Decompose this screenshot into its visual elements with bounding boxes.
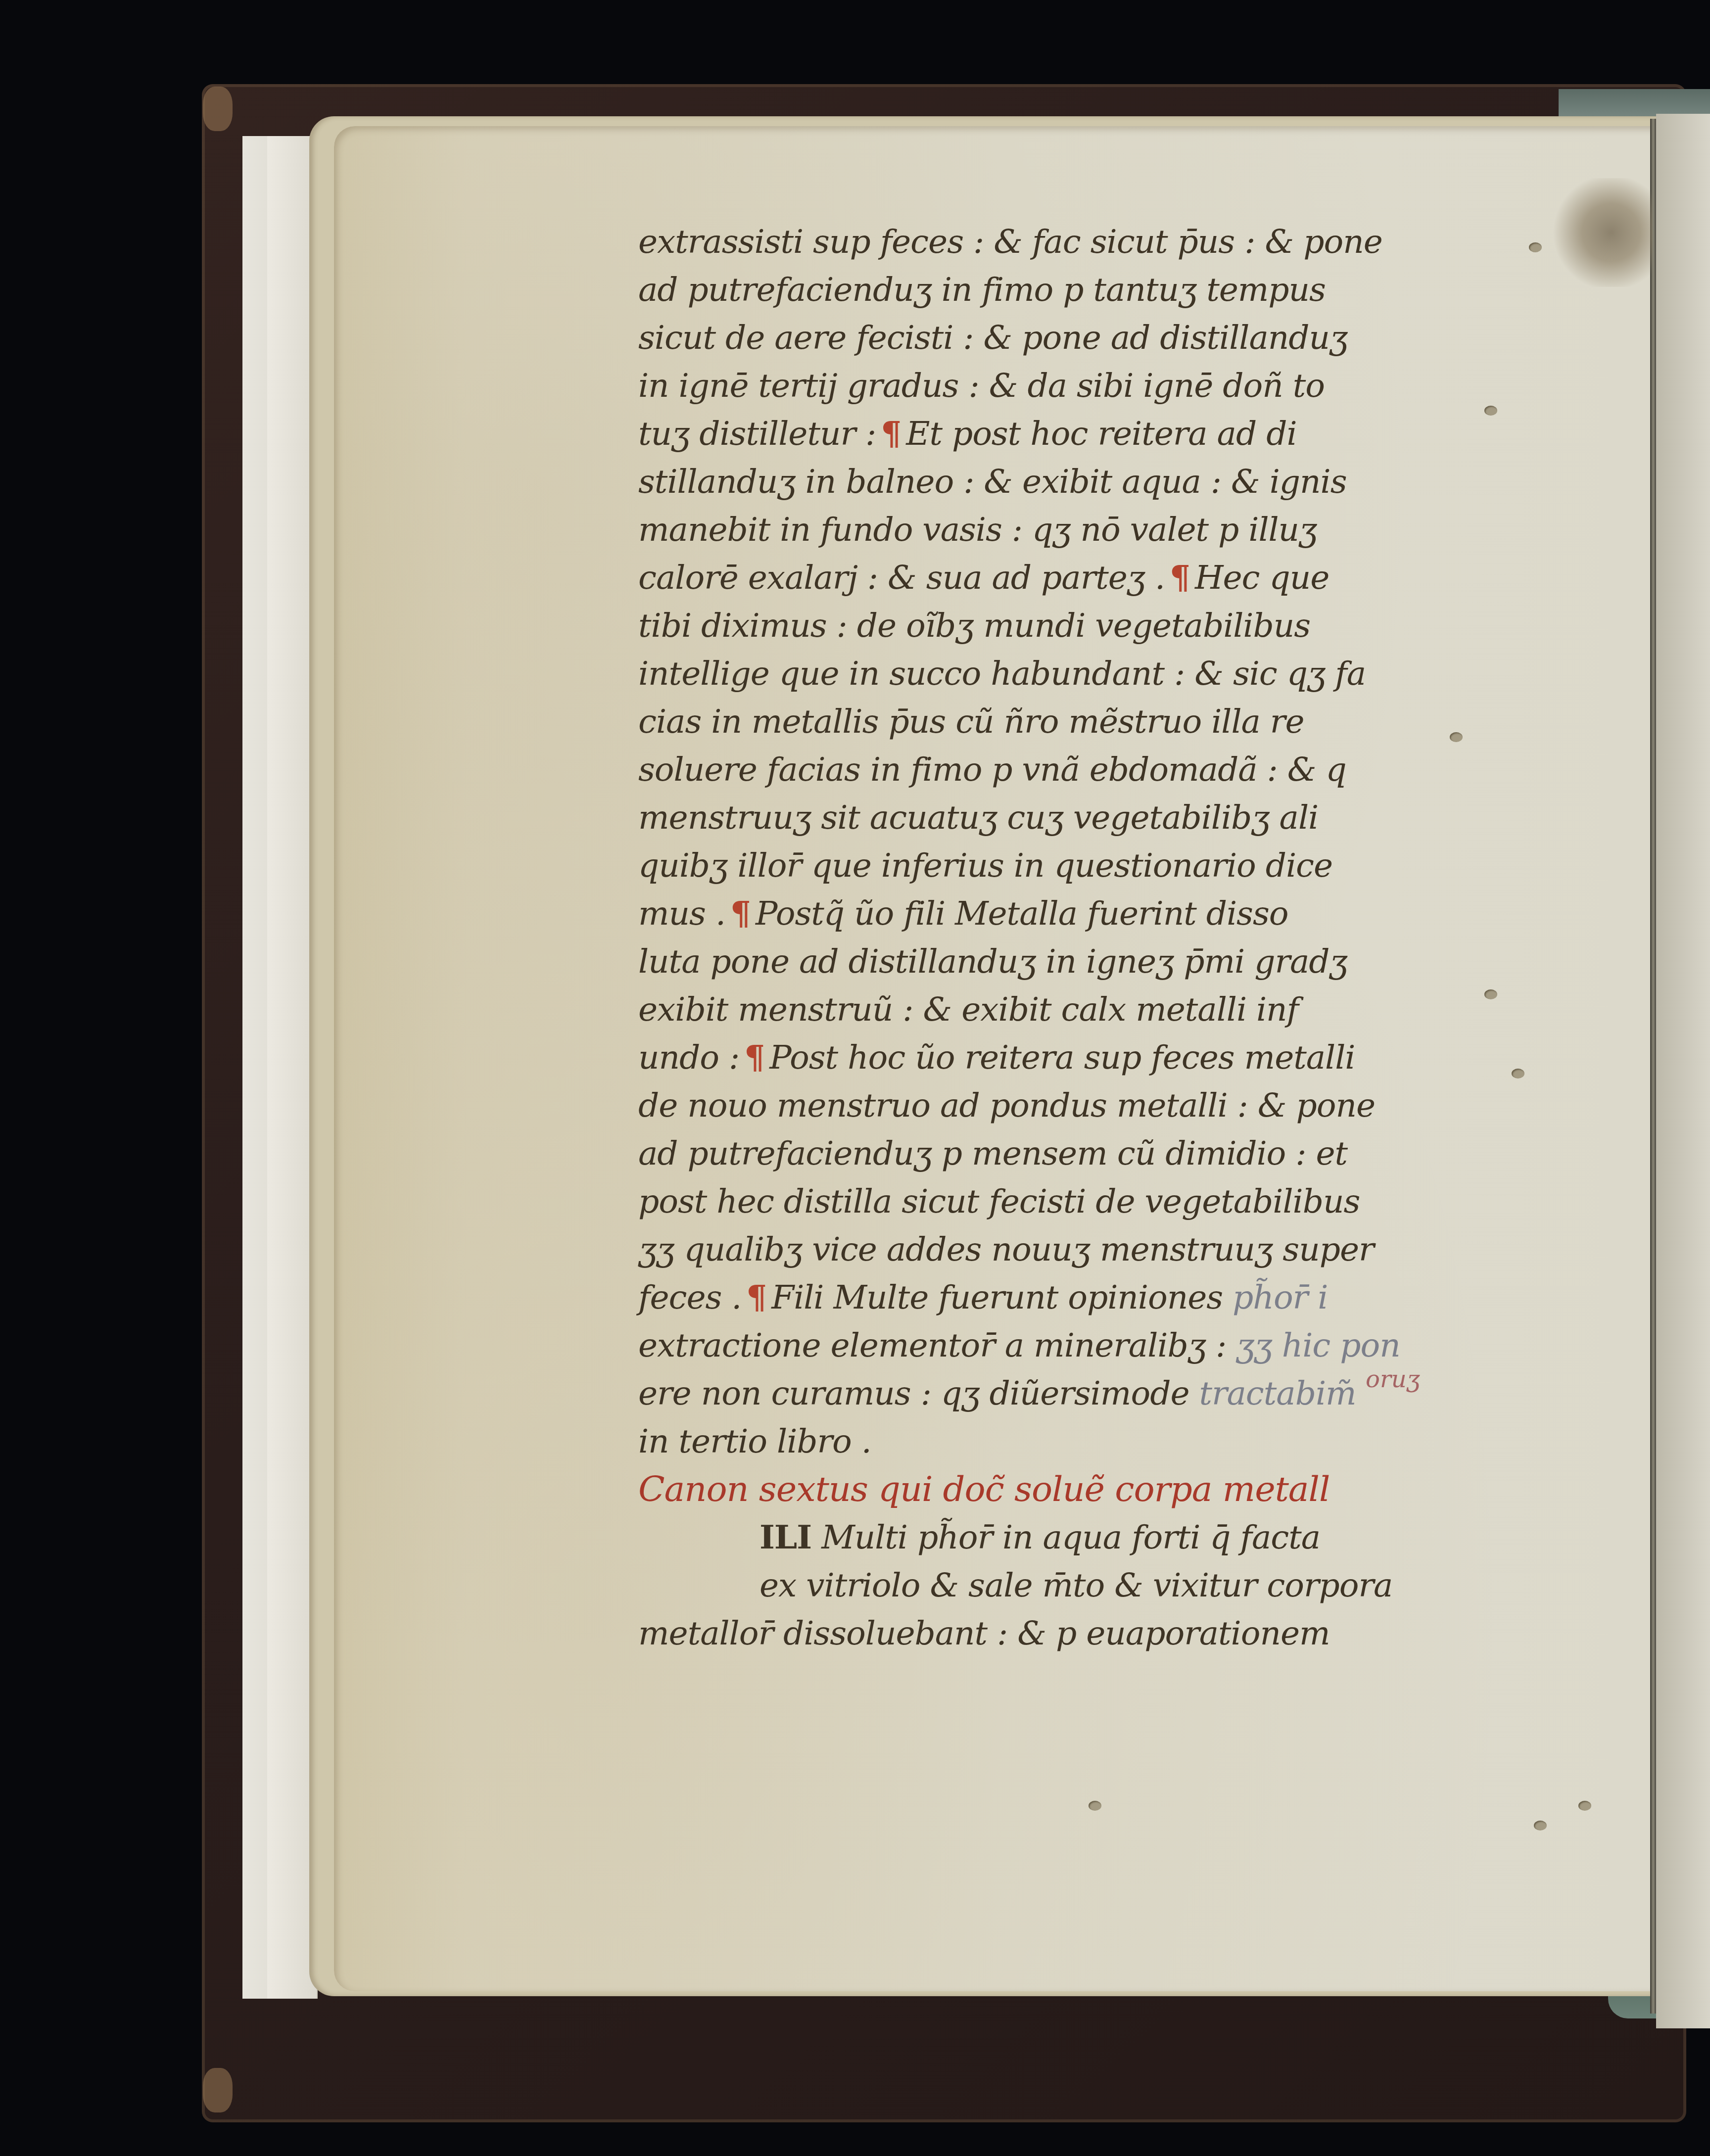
text-line: sicut de aere fecisti : & pone ad distil… [638,314,1489,362]
wormhole [1534,1821,1547,1830]
wormhole [1529,242,1542,252]
text-line: calorē exalarj : & sua ad parteʒ .¶Hec … [638,554,1489,602]
text-line: quibʒ illor̄ que inferius in questionari… [638,842,1489,890]
canon-heading: Canon sextus qui doc̃ soluẽ corpa metal… [638,1465,1489,1513]
text-line: in tertio libro . [638,1417,1489,1465]
wormhole [1578,1801,1591,1811]
cover-corner-wear [203,87,233,131]
paper-damage [1549,178,1653,287]
manuscript-text: extrassisti sup feces : & fac sicut p̄us… [638,218,1489,1657]
text-line: ad putrefacienduʒ in fimo p tantuʒ tempu… [638,266,1489,314]
text-line: luta pone ad distillanduʒ in igneʒ p̄mi … [638,937,1489,985]
text-line: post hec distilla sicut fecisti de veget… [638,1177,1489,1225]
text-line: extrassisti sup feces : & fac sicut p̄us… [638,218,1489,266]
text-line: manebit in fundo vasis : qʒ nō valet p … [638,506,1489,554]
marginal-note: oruʒ [1366,1365,1420,1393]
text-line: ʒʒ qualibʒ vice addes nouuʒ menstruuʒ su… [638,1225,1489,1273]
pilcrow-icon: ¶ [730,894,751,933]
pilcrow-icon: ¶ [1170,558,1190,597]
text-line: exibit menstruũ : & exibit calx metalli… [638,985,1489,1033]
text-line: soluere facias in fimo p vnã ebdomadã … [638,746,1489,794]
text-line: feces .¶Fili Multe fuerunt opiniones ph̃… [638,1273,1489,1321]
gutter-glass-edge [1650,119,1656,2014]
text-line: ILI Multi ph̃or̄ in aqua forti q̄ facta [638,1513,1489,1561]
wormhole [1089,1801,1101,1811]
text-line: ere non curamus : qʒ diũersimode tracta… [638,1369,1489,1417]
text-line: stillanduʒ in balneo : & exibit aqua : &… [638,458,1489,506]
pilcrow-icon: ¶ [881,414,901,453]
text-line: tibi diximus : de oĩbʒ mundi vegetabilib… [638,602,1489,650]
text-line: menstruuʒ sit acuatuʒ cuʒ vegetabilibʒ a… [638,794,1489,842]
text-line: undo :¶Post hoc ũo reitera sup feces me… [638,1033,1489,1081]
cover-corner-wear [203,2068,233,2112]
wormhole [1512,1069,1524,1078]
pilcrow-icon: ¶ [746,1278,766,1316]
text-line: metallor̄ dissoluebant : & p euaporation… [638,1609,1489,1657]
text-line: tuʒ distilletur :¶Et post hoc reitera ad… [638,410,1489,458]
text-line: in ignē tertij gradus : & da sibi ignē… [638,362,1489,410]
pilcrow-icon: ¶ [744,1038,764,1077]
text-line: ad putrefacienduʒ p mensem cũ dimidio :… [638,1129,1489,1177]
text-line: ex vitriolo & sale m̄to & vixitur corpor… [638,1561,1489,1609]
facing-page-edge [1656,114,1710,2028]
text-line: extractione elementor̄ a mineralibʒ : ʒʒ… [638,1321,1489,1369]
text-line: cias in metallis p̄us cũ ñro mẽstruo … [638,698,1489,746]
text-line: de nouo menstruo ad pondus metalli : & p… [638,1081,1489,1129]
section-initial: ILI [760,1518,811,1556]
text-line: mus .¶Postq̃ ũo fili Metalla fuerint di… [638,890,1489,937]
text-line: intellige que in succo habundant : & sic… [638,650,1489,698]
